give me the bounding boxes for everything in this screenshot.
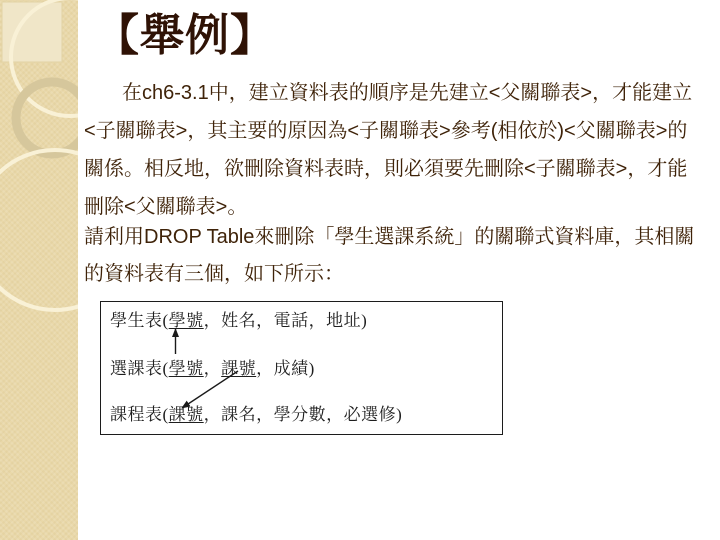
cream-arc-bottom xyxy=(0,150,78,310)
text-line: <子關聯表>，其主要的原因為<子關聯表>參考(相依於)<父關聯表>的 xyxy=(84,112,720,150)
text-line: 在ch6-3.1中，建立資料表的順序是先建立<父關聯表>，才能建立 xyxy=(84,74,720,112)
slide-title: 【舉例】 xyxy=(95,12,275,60)
table-def-text: 選課表( xyxy=(110,359,169,378)
table-def-text: ，姓名，電話，地址) xyxy=(204,311,368,330)
paragraph-explanation: 在ch6-3.1中，建立資料表的順序是先建立<父關聯表>，才能建立 <子關聯表>… xyxy=(84,74,720,226)
foreign-key-field: 課號 xyxy=(221,359,256,378)
primary-key-field: 課號 xyxy=(169,405,204,424)
table-def-student: 學生表(學號，姓名，電話，地址) xyxy=(110,306,367,331)
primary-key-field: 學號 xyxy=(169,311,204,330)
table-def-text: ，成績) xyxy=(256,359,315,378)
schema-diagram-box: 學生表(學號，姓名，電話，地址) 選課表(學號，課號，成績) 課程表(課號，課名… xyxy=(100,301,503,435)
foreign-key-field: 學號 xyxy=(169,359,204,378)
text-line: 的資料表有三個，如下所示： xyxy=(84,256,720,293)
presentation-slide: 【舉例】 在ch6-3.1中，建立資料表的順序是先建立<父關聯表>，才能建立 <… xyxy=(0,0,720,540)
table-def-text: ，課名，學分數，必選修) xyxy=(204,405,403,424)
table-def-course: 課程表(課號，課名，學分數，必選修) xyxy=(110,400,402,425)
text-line: 關係。相反地，欲刪除資料表時，則必須要先刪除<子關聯表>，才能 xyxy=(84,150,720,188)
sidebar-circles-decoration xyxy=(0,0,78,540)
table-def-enrollment: 選課表(學號，課號，成績) xyxy=(110,354,315,379)
paragraph-instruction: 請利用DROP Table來刪除「學生選課系統」的關聯式資料庫，其相關 的資料表… xyxy=(84,219,720,293)
table-def-text: 課程表( xyxy=(110,405,169,424)
table-def-text: ， xyxy=(204,359,222,378)
table-def-text: 學生表( xyxy=(110,311,169,330)
decorative-sidebar xyxy=(0,0,78,540)
tan-ring xyxy=(16,82,78,154)
text-line: 請利用DROP Table來刪除「學生選課系統」的關聯式資料庫，其相關 xyxy=(84,219,720,256)
